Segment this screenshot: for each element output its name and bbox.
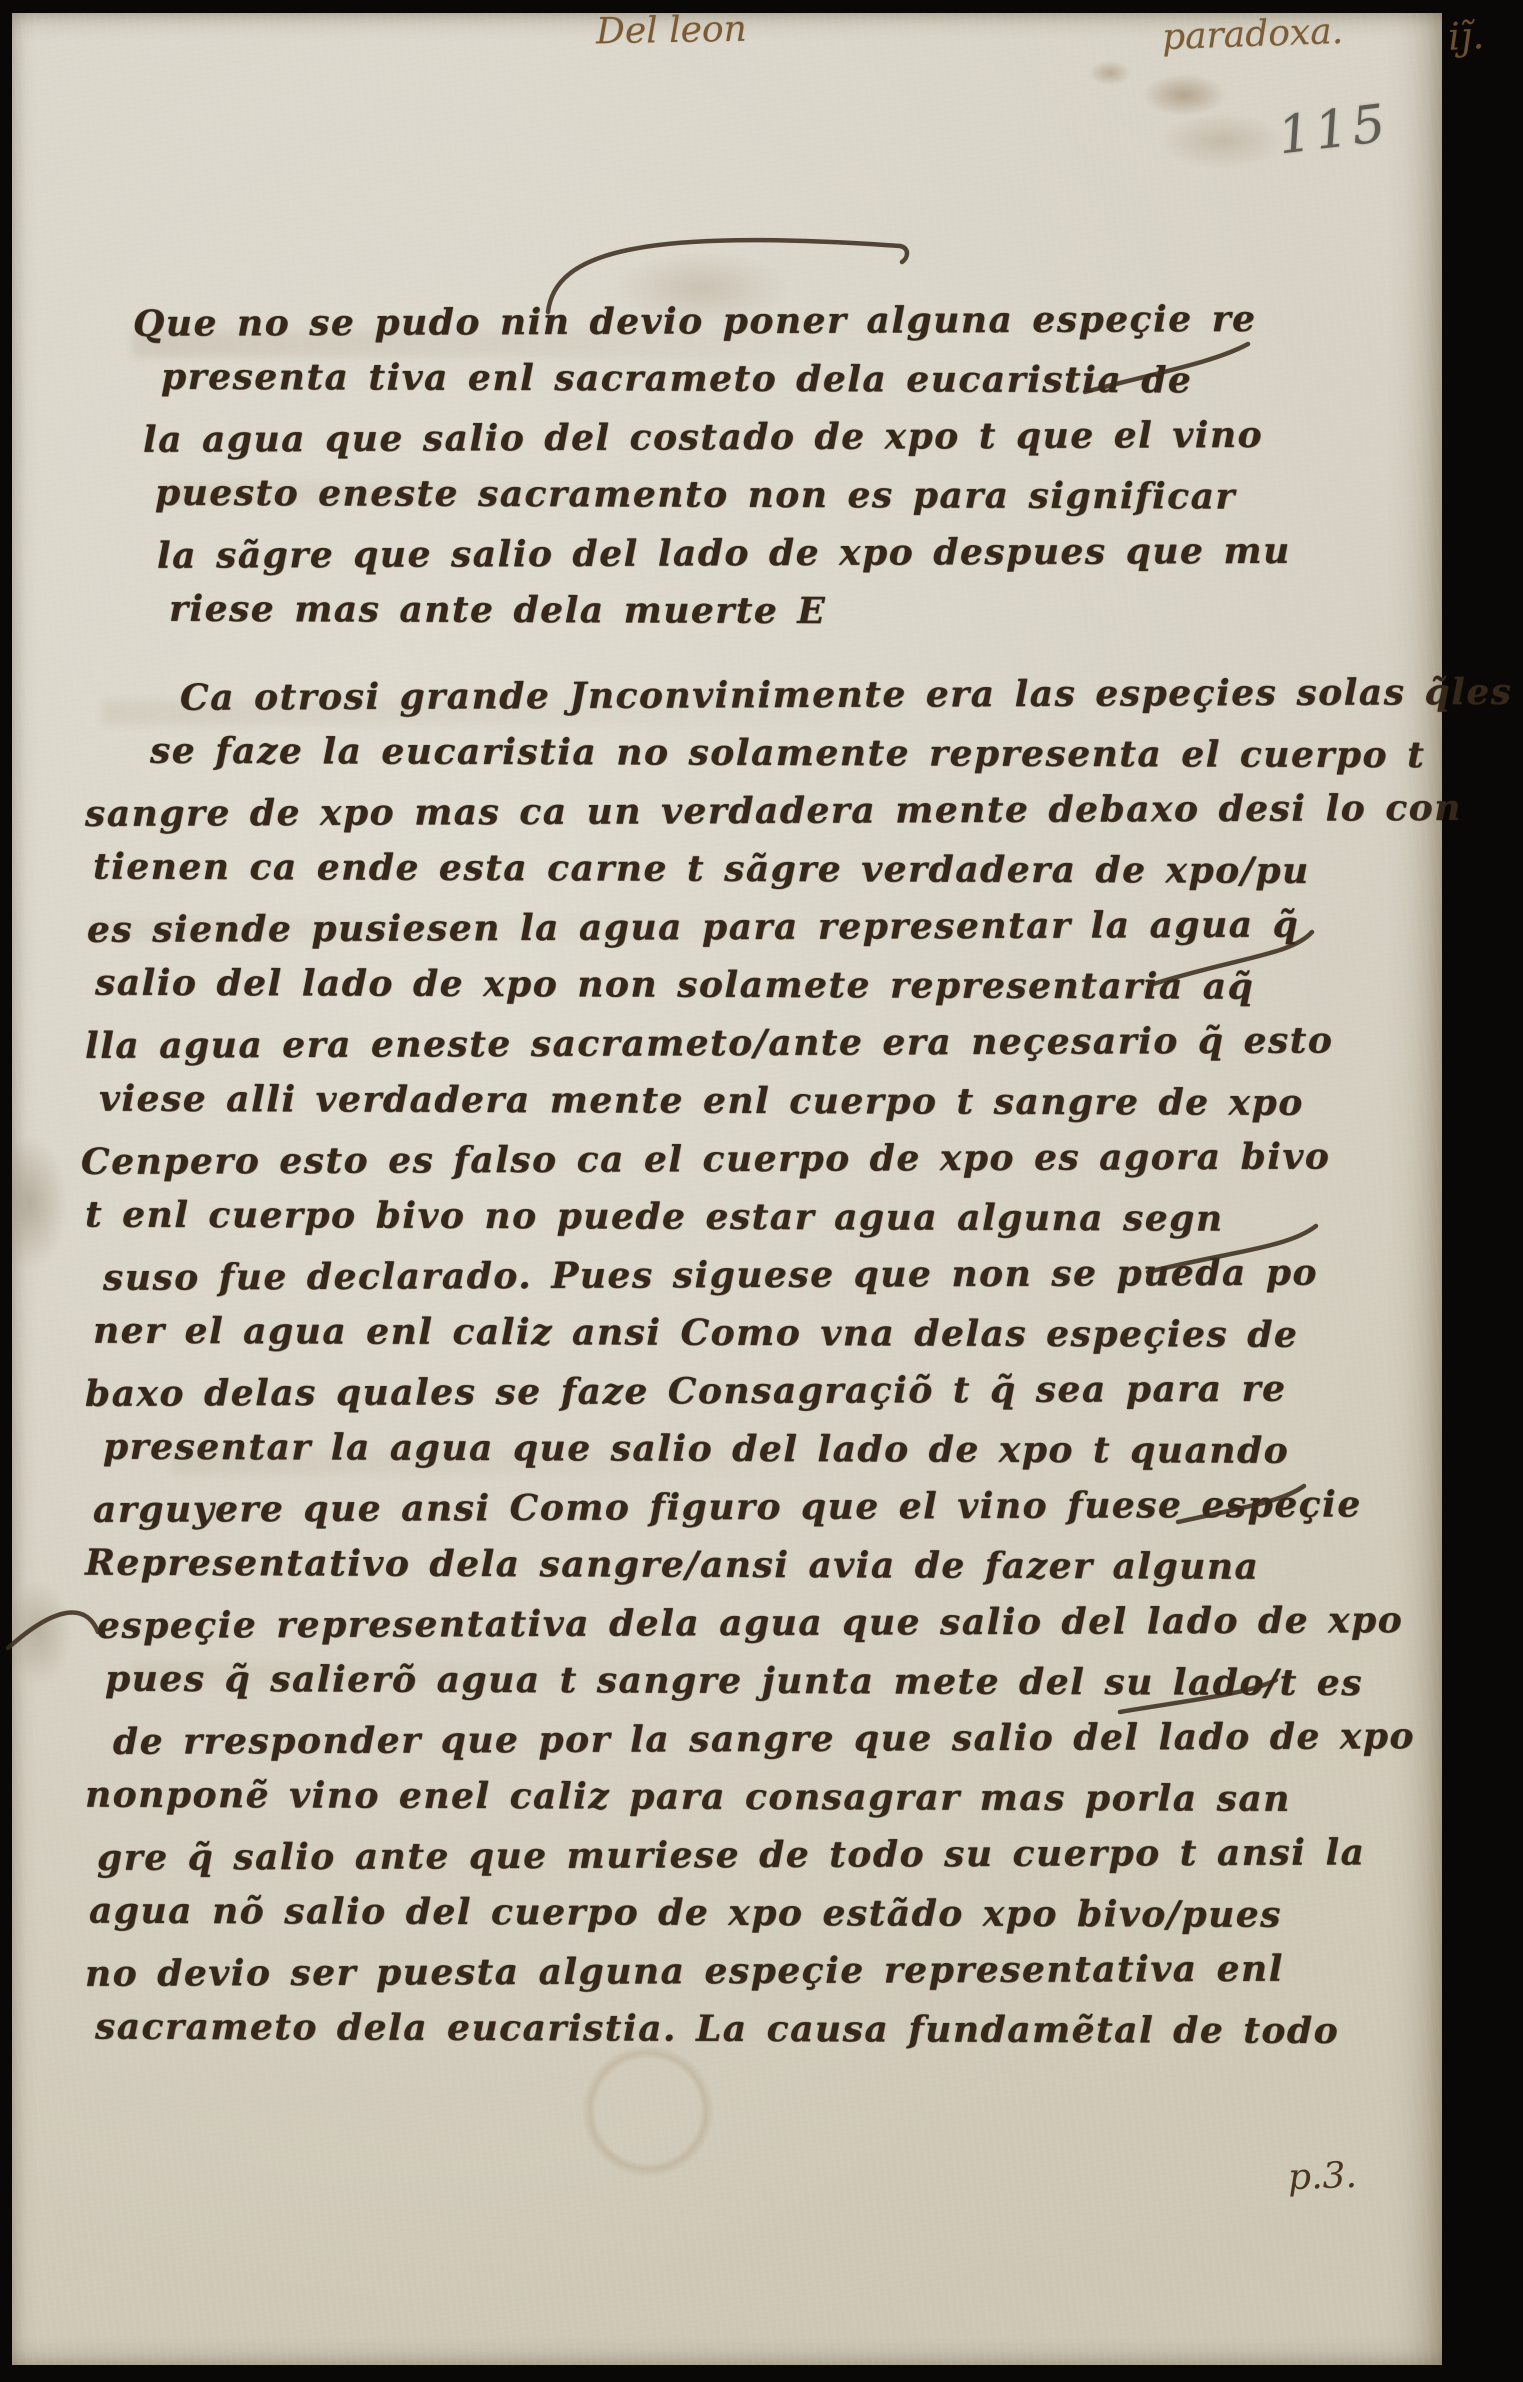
manuscript-line: agua nõ salio del cuerpo de xpo estãdo x… [89, 1882, 1425, 1945]
manuscript-line: espeçie representativa dela agua que sal… [97, 1591, 1425, 1655]
manuscript-line: suso fue declarado. Pues siguese que non… [103, 1243, 1425, 1307]
running-title: Del leon [596, 9, 748, 53]
manuscript-line: Ca otrosi grande Jnconvinimente era las … [180, 663, 1425, 726]
manuscript-line: Representativo dela sangre/ansi avia de … [85, 1534, 1425, 1597]
folio-mark: ij̃. [1447, 13, 1485, 59]
manuscript-line: sacrameto dela eucaristia. La causa fund… [95, 1998, 1425, 2061]
manuscript-line: lla agua era eneste sacrameto/ante era n… [85, 1011, 1425, 1075]
chapter-title-paradoxa: paradoxa. [1161, 11, 1343, 58]
manuscript-line: salio del lado de xpo non solamete repre… [95, 954, 1425, 1017]
quire-signature: p.3. [1287, 2155, 1357, 2198]
manuscript-line: t enl cuerpo bivo no puede estar agua al… [85, 1186, 1425, 1249]
manuscript-line: gre q̃ salio ante que muriese de todo su… [97, 1823, 1425, 1887]
manuscript-line: la sãgre que salio del lado de xpo despu… [157, 521, 1425, 585]
manuscript-line: se faze la eucaristia no solamente repre… [150, 722, 1425, 784]
manuscript-line: puesto eneste sacramento non es para sig… [155, 464, 1425, 526]
manuscript-line: riese mas ante dela muerte E [169, 580, 1425, 642]
manuscript-text-block: Que no se pudo nin devio poner alguna es… [85, 292, 1425, 2058]
manuscript-line: pues q̃ salierõ agua t sangre junta mete… [105, 1650, 1425, 1713]
manuscript-line: nonponẽ vino enel caliz para consagrar m… [85, 1766, 1425, 1829]
manuscript-line: de rresponder que por la sangre que sali… [113, 1707, 1425, 1771]
manuscript-photo: Del leon paradoxa. ij̃. 115 p.3. Que no … [0, 0, 1523, 2382]
manuscript-line: ner el agua enl caliz ansi Como vna dela… [93, 1302, 1425, 1365]
manuscript-line: sangre de xpo mas ca un verdadera mente … [85, 779, 1425, 843]
manuscript-line: tienen ca ende esta carne t sãgre verdad… [93, 838, 1425, 901]
manuscript-line: arguyere que ansi Como figuro que el vin… [93, 1475, 1425, 1539]
manuscript-line: Que no se pudo nin devio poner alguna es… [133, 289, 1425, 353]
manuscript-line: no devio ser puesta alguna espeçie repre… [85, 1939, 1425, 2003]
manuscript-line: presenta tiva enl sacrameto dela eucaris… [161, 348, 1425, 410]
manuscript-line: es siende pusiesen la agua para represen… [87, 895, 1425, 959]
manuscript-line: la agua que salio del costado de xpo t q… [143, 405, 1425, 469]
manuscript-line: baxo delas quales se faze Consagraçiõ t … [85, 1359, 1425, 1423]
manuscript-line: viese alli verdadera mente enl cuerpo t … [99, 1070, 1425, 1133]
manuscript-line: presentar la agua que salio del lado de … [103, 1418, 1425, 1481]
book-fore-edge [1442, 8, 1510, 2374]
manuscript-line: Cenpero esto es falso ca el cuerpo de xp… [81, 1127, 1425, 1191]
